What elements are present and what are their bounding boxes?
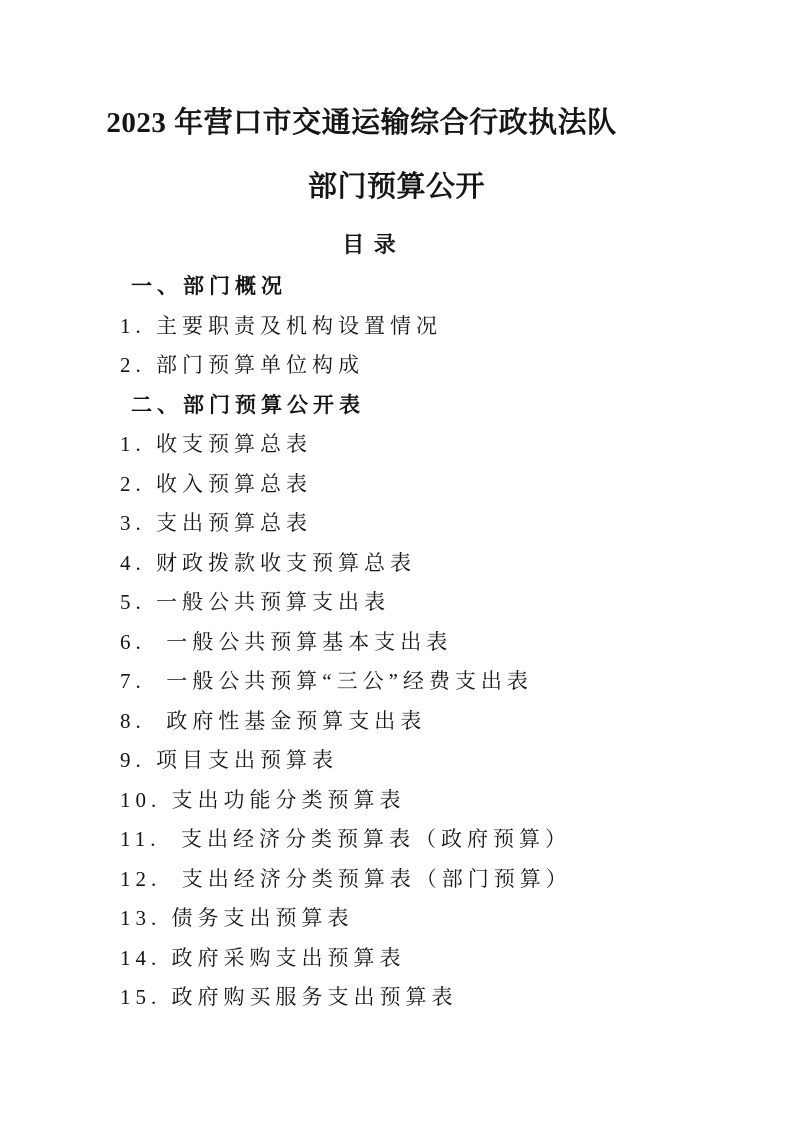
toc-item: 15. 政府购买服务支出预算表 — [0, 978, 793, 1018]
toc-item: 11. 支出经济分类预算表（政府预算） — [0, 820, 793, 860]
toc-item: 12. 支出经济分类预算表（部门预算） — [0, 860, 793, 900]
toc-item: 1. 收支预算总表 — [0, 425, 793, 465]
toc-item: 1. 主要职责及机构设置情况 — [0, 307, 793, 347]
document-title-line1: 2023 年营口市交通运输综合行政执法队 — [0, 0, 723, 141]
toc-item: 9. 项目支出预算表 — [0, 741, 793, 781]
document-page: 2023 年营口市交通运输综合行政执法队 部门预算公开 目 录 一、部门概况 1… — [0, 0, 793, 1122]
toc-item: 2. 部门预算单位构成 — [0, 346, 793, 386]
toc-item: 3. 支出预算总表 — [0, 504, 793, 544]
toc-heading: 目 录 — [0, 231, 740, 259]
toc-section-overview: 一、部门概况 — [0, 267, 793, 307]
toc-item: 14. 政府采购支出预算表 — [0, 939, 793, 979]
toc-item: 5. 一般公共预算支出表 — [0, 583, 793, 623]
table-of-contents: 一、部门概况 1. 主要职责及机构设置情况 2. 部门预算单位构成 二、部门预算… — [0, 267, 793, 1018]
toc-item: 6. 一般公共预算基本支出表 — [0, 623, 793, 663]
document-title-line2: 部门预算公开 — [0, 169, 793, 205]
toc-section-budget-tables: 二、部门预算公开表 — [0, 386, 793, 426]
toc-item: 13. 债务支出预算表 — [0, 899, 793, 939]
toc-item: 7. 一般公共预算“三公”经费支出表 — [0, 662, 793, 702]
toc-item: 8. 政府性基金预算支出表 — [0, 702, 793, 742]
toc-item: 2. 收入预算总表 — [0, 465, 793, 505]
toc-item: 10. 支出功能分类预算表 — [0, 781, 793, 821]
toc-item: 4. 财政拨款收支预算总表 — [0, 544, 793, 584]
